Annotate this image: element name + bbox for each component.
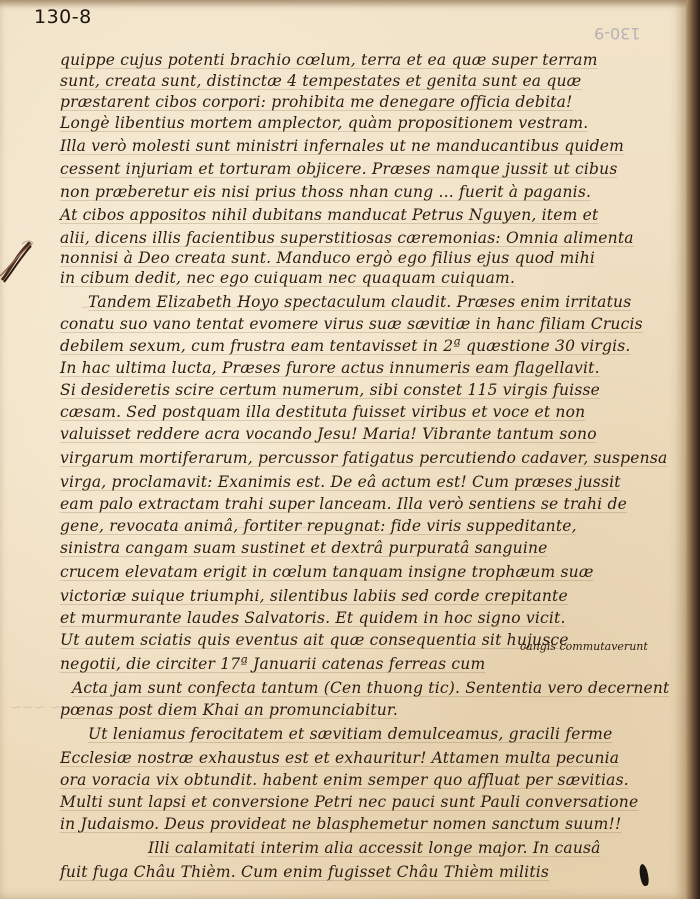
manuscript-line: præstarent cibos corpori: prohibita me d… [60,92,572,112]
manuscript-line: Acta jam sunt confecta tantum (Cen thuon… [60,678,669,698]
manuscript-line: debilem sexum, cum frustra eam tentaviss… [60,336,631,356]
manuscript-line: Tandem Elizabeth Hoyo spectaculum claudi… [60,292,631,312]
binding-thread-icon [0,236,34,286]
manuscript-line: valuisset reddere acra vocando Jesu! Mar… [60,424,597,444]
manuscript-line: in cibum dedit, nec ego cuiquam nec quaq… [60,268,515,288]
manuscript-line: virga, proclamavit: Exanimis est. De eâ … [60,472,621,492]
manuscript-line: non præberetur eis nisi prius thoss nhan… [60,182,591,202]
manuscript-line: Ecclesiæ nostræ exhaustus est et exhauri… [60,748,619,768]
folio-number: 130-8 [34,6,92,28]
manuscript-line: Multi sunt lapsi et conversione Petri ne… [60,792,638,812]
manuscript-line: Illi calamitati interim alia accessit lo… [60,838,601,858]
manuscript-line: in Judaismo. Deus provideat ne blaspheme… [60,814,621,834]
manuscript-line: et murmurante laudes Salvatoris. Et quid… [60,608,566,628]
manuscript-line: In hac ultima lucta, Præses furore actus… [60,358,600,378]
page-edge-shadow [686,0,700,899]
manuscript-line: Si desideretis scire certum numerum, sib… [60,380,600,400]
manuscript-line: pœnas post diem Khai an promunciabitur. [60,700,398,720]
manuscript-page: 130-8 130-9 ~~~~ ~~~ ~~~~~~ ~~~ ~~~~~ ~~… [0,0,686,899]
ink-blot [638,863,650,886]
manuscript-line: cæsam. Sed postquam illa destituta fuiss… [60,402,585,422]
manuscript-line: alii, dicens illis facientibus superstit… [60,228,634,248]
manuscript-line: sinistra cangam suam sustinet et dextrâ … [60,538,548,558]
manuscript-line: virgarum mortiferarum, percussor fatigat… [60,448,667,468]
manuscript-line: At cibos appositos nihil dubitans manduc… [60,205,598,225]
manuscript-line: sunt, creata sunt, distinctæ 4 tempestat… [60,71,581,91]
manuscript-line: quippe cujus potenti brachio cœlum, terr… [60,50,598,70]
manuscript-line: ora voracia vix obtundit. habent enim se… [60,770,629,790]
manuscript-line: Longè libentius mortem amplector, quàm p… [60,113,588,133]
manuscript-line: negotii, die circiter 17ª Januarii caten… [60,654,485,674]
manuscript-line: conatu suo vano tentat evomere virus suæ… [60,314,643,334]
manuscript-line: Ut autem sciatis quis eventus ait quæ co… [60,630,569,650]
page-top-shadow [0,0,686,8]
manuscript-line: victoriæ suique triumphi, silentibus lab… [60,586,568,606]
manuscript-line: Ut leniamus ferocitatem et sævitiam demu… [60,724,612,744]
manuscript-line: Illa verò molesti sunt ministri infernal… [60,136,624,156]
manuscript-line: crucem elevatam erigit in cœlum tanquam … [60,562,594,582]
manuscript-line: eam palo extractam trahi super lanceam. … [60,494,627,514]
manuscript-line: fuit fuga Châu Thièm. Cum enim fugisset … [60,862,549,882]
manuscript-line: cessent injuriam et torturam objicere. P… [60,159,618,179]
faded-folio-number-bleedthrough: 130-9 [594,24,641,43]
interlinear-note: cangis commutaverunt [520,640,648,653]
manuscript-line: nonnisi à Deo creata sunt. Manduco ergò … [60,248,595,268]
manuscript-line: gene, revocata animâ, fortiter repugnat:… [60,516,577,536]
